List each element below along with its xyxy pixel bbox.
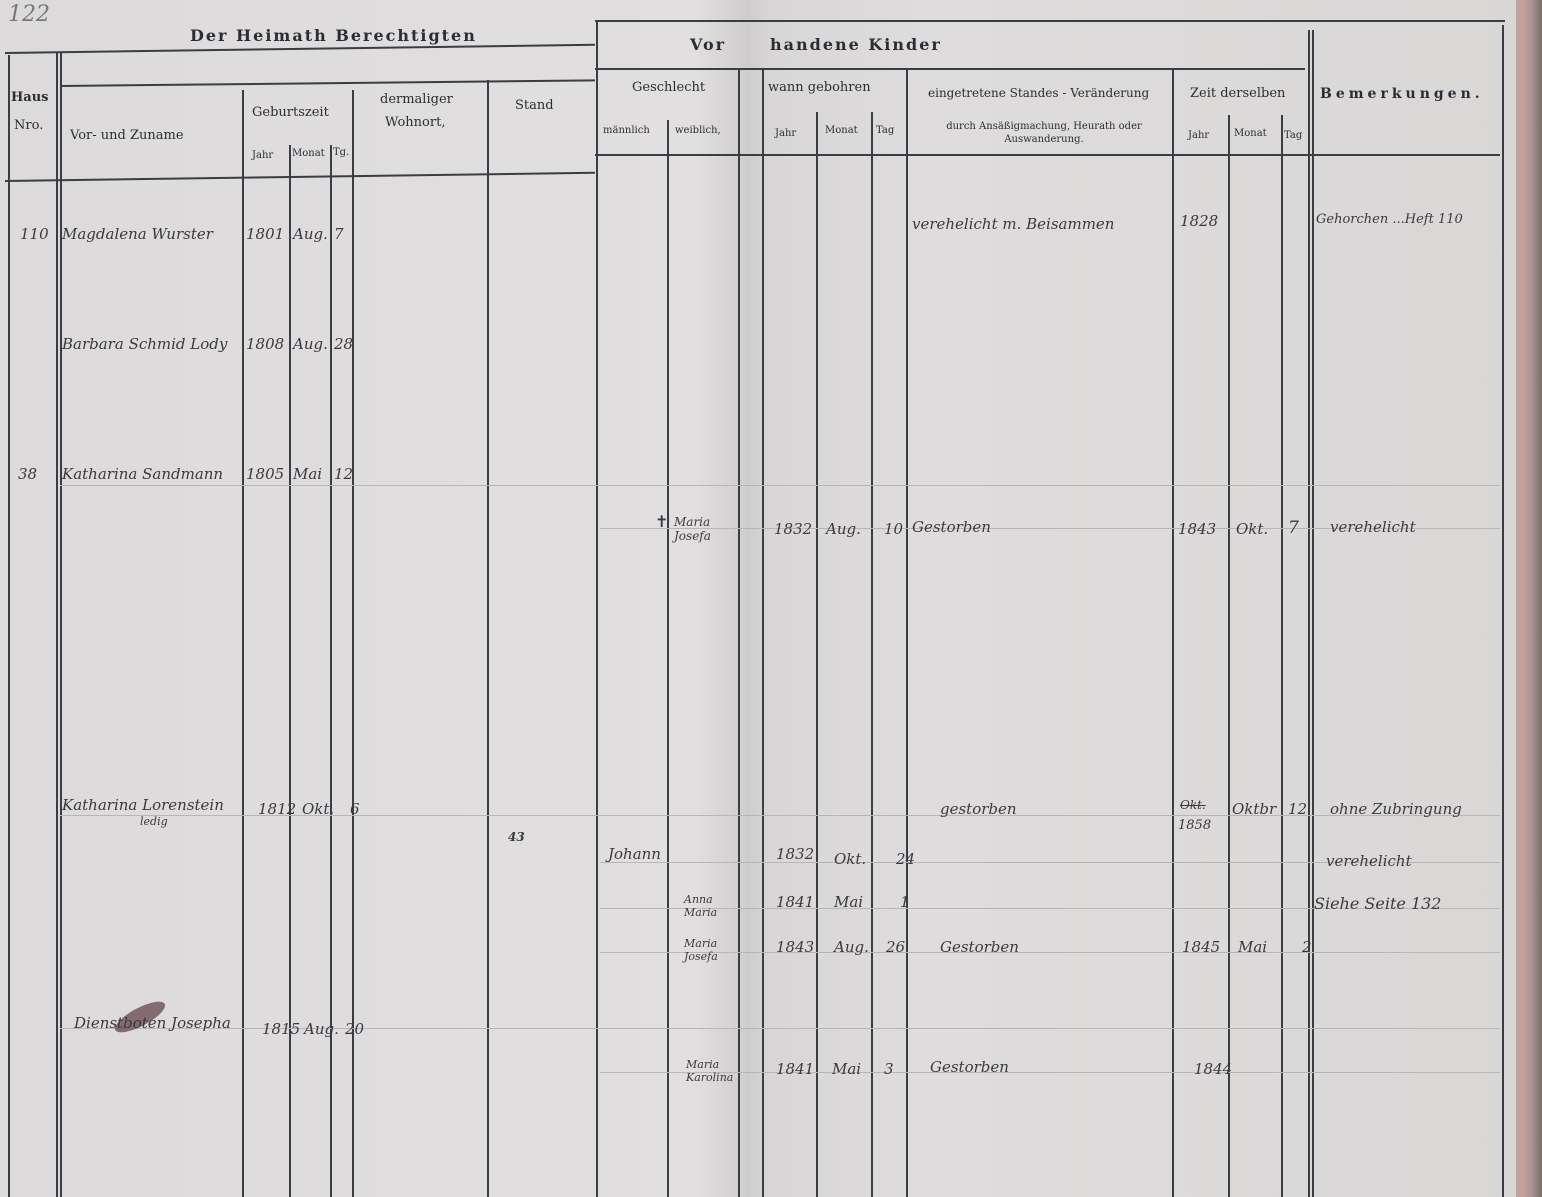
entry-year: 1812 <box>258 800 296 818</box>
entry-child-year: 1832 <box>776 845 814 863</box>
entry-child-day: 26 <box>886 938 905 956</box>
col-maennlich: männlich <box>603 125 650 136</box>
col-line <box>242 90 244 1197</box>
col-line <box>1308 30 1310 1197</box>
entry-day: 6 <box>350 800 360 818</box>
entry-name-sub: ledig <box>140 815 168 828</box>
entry-child-month: Mai <box>832 1060 861 1078</box>
entry-change-year: 1844 <box>1194 1060 1232 1078</box>
entry-day: 12 <box>334 465 353 483</box>
col-line <box>1228 115 1230 1197</box>
entry-year: 1815 <box>262 1020 300 1038</box>
entry-change-day: 2 <box>1302 938 1312 956</box>
col-geschlecht: Geschlecht <box>632 80 705 95</box>
col-stand: Stand <box>515 98 554 113</box>
entry-change: Gestorben <box>912 518 991 536</box>
col-wohnort-2: Wohnort, <box>385 115 445 130</box>
entry-child-month: Aug. <box>834 938 869 956</box>
col-z-monat: Monat <box>1234 128 1267 139</box>
col-z-jahr: Jahr <box>1188 130 1209 141</box>
col-line <box>1312 30 1314 1197</box>
book-binding <box>1516 0 1542 1197</box>
col-line <box>1502 25 1504 1197</box>
entry-change-month: Oktbr <box>1232 800 1276 818</box>
entry-child: Maria Karolina <box>686 1058 738 1084</box>
entry-remark: Siehe Seite 132 <box>1314 894 1441 913</box>
left-title: Der Heimath Berechtigten <box>190 26 477 45</box>
col-k-monat: Monat <box>825 125 858 136</box>
col-line <box>816 112 818 1197</box>
col-jahr: Jahr <box>252 150 273 161</box>
col-name: Vor- und Zuname <box>70 128 184 143</box>
entry-name: Dienstboten Josepha <box>74 1014 231 1032</box>
entry-remark: ohne Zubringung <box>1330 800 1462 818</box>
entry-child-year: 1832 <box>774 520 812 538</box>
entry-child-day: 10 <box>884 520 903 538</box>
entry-change-day: 7 <box>1288 518 1299 538</box>
entry-month: Aug. <box>293 335 328 353</box>
margin-mark: 43 <box>508 830 525 844</box>
entry-child-year: 1843 <box>776 938 814 956</box>
cross-icon: ✝ <box>655 512 668 531</box>
entry-change-year: 1843 <box>1178 520 1216 538</box>
col-k-jahr: Jahr <box>775 128 796 139</box>
entry-name: Barbara Schmid Lody <box>62 335 227 353</box>
entry-haus: 110 <box>20 225 49 243</box>
rule-top-left <box>5 44 595 54</box>
entry-child-male: Johann <box>608 845 661 863</box>
entry-change-year: 1858 <box>1178 818 1211 833</box>
entry-change-day: 12 <box>1288 800 1307 818</box>
entry-remark: Gehorchen ...Heft 110 <box>1316 212 1463 227</box>
col-line <box>8 55 10 1197</box>
col-line <box>1281 115 1283 1197</box>
col-bemerkungen: Bemerkungen. <box>1320 86 1484 102</box>
entry-change: Gestorben <box>930 1058 1009 1076</box>
entry-change: verehelicht m. Beisammen <box>912 215 1114 233</box>
entry-child-month: Okt. <box>834 850 866 868</box>
entry-change-year: 1828 <box>1180 212 1218 230</box>
entry-child-year: 1841 <box>776 1060 814 1078</box>
col-weiblich: weiblich, <box>675 125 721 136</box>
rule-head-bottom-right <box>595 154 1500 156</box>
entry-year: 1805 <box>246 465 284 483</box>
col-line <box>60 52 62 1197</box>
col-geburtszeit: Geburtszeit <box>252 105 329 120</box>
entry-day: 7 <box>334 225 344 243</box>
entry-change-month: Mai <box>1238 938 1267 956</box>
col-line <box>330 145 332 1197</box>
faint-rule <box>60 485 1500 486</box>
entry-child-day: 24 <box>896 850 915 868</box>
entry-day: 28 <box>334 335 353 353</box>
col-monat: Monat <box>292 148 325 159</box>
col-line <box>667 120 669 1197</box>
entry-day: 20 <box>345 1020 364 1038</box>
entry-child-year: 1841 <box>776 893 814 911</box>
col-k-tag: Tag <box>876 125 894 136</box>
entry-remark: verehelicht <box>1326 852 1412 870</box>
rule-head-bottom-left <box>5 172 595 182</box>
col-veraenderung-sub: durch Ansäßigmachung, Heurath oder Auswa… <box>930 120 1158 146</box>
entry-change: Gestorben <box>940 938 1019 956</box>
entry-haus: 38 <box>18 465 37 483</box>
entry-month: Okt. <box>302 800 334 818</box>
entry-change-year: 1845 <box>1182 938 1220 956</box>
entry-child-day: 1 <box>900 893 910 911</box>
right-title-part1: Vor <box>690 35 726 54</box>
entry-name: Katharina Sandmann <box>62 465 223 483</box>
entry-month: Aug. <box>304 1020 339 1038</box>
col-veraenderung: eingetretene Standes - Veränderung <box>928 86 1149 100</box>
entry-name: Katharina Lorenstein <box>62 796 224 814</box>
entry-child: Anna Maria <box>684 893 736 919</box>
entry-child: Maria Josefa <box>674 515 734 543</box>
register-page: 122 Der Heimath Berechtigten Vor handene… <box>0 0 1542 1197</box>
col-haus: Haus <box>11 90 48 105</box>
rule-top-right <box>595 20 1505 22</box>
entry-change-month: Okt. <box>1236 520 1268 538</box>
entry-child-month: Mai <box>834 893 863 911</box>
col-zeit: Zeit derselben <box>1190 86 1285 101</box>
col-line <box>56 52 58 1197</box>
entry-child-day: 3 <box>884 1060 894 1078</box>
entry-child-month: Aug. <box>826 520 861 538</box>
col-line <box>487 80 489 1197</box>
entry-month: Aug. <box>293 225 328 243</box>
col-nro: Nro. <box>14 118 43 133</box>
entry-change: gestorben <box>940 800 1017 818</box>
col-wann-gebohren: wann gebohren <box>768 80 871 95</box>
page-number: 122 <box>8 2 50 27</box>
rule-sub-right <box>595 68 1305 70</box>
rule-sub-left <box>60 79 595 87</box>
entry-change-struck: Okt. <box>1180 798 1206 812</box>
entry-name: Magdalena Wurster <box>62 225 213 243</box>
entry-child: Maria Josefa <box>684 937 736 963</box>
entry-remark: verehelicht <box>1330 518 1416 536</box>
right-title-part2: handene Kinder <box>770 35 942 54</box>
col-wohnort-1: dermaliger <box>380 92 453 107</box>
col-z-tag: Tag <box>1284 130 1302 141</box>
col-line <box>289 145 291 1197</box>
entry-year: 1808 <box>246 335 284 353</box>
entry-year: 1801 <box>246 225 284 243</box>
col-line <box>596 20 598 1197</box>
col-line <box>871 112 873 1197</box>
entry-month: Mai <box>293 465 322 483</box>
col-tag: Tg. <box>333 147 349 158</box>
